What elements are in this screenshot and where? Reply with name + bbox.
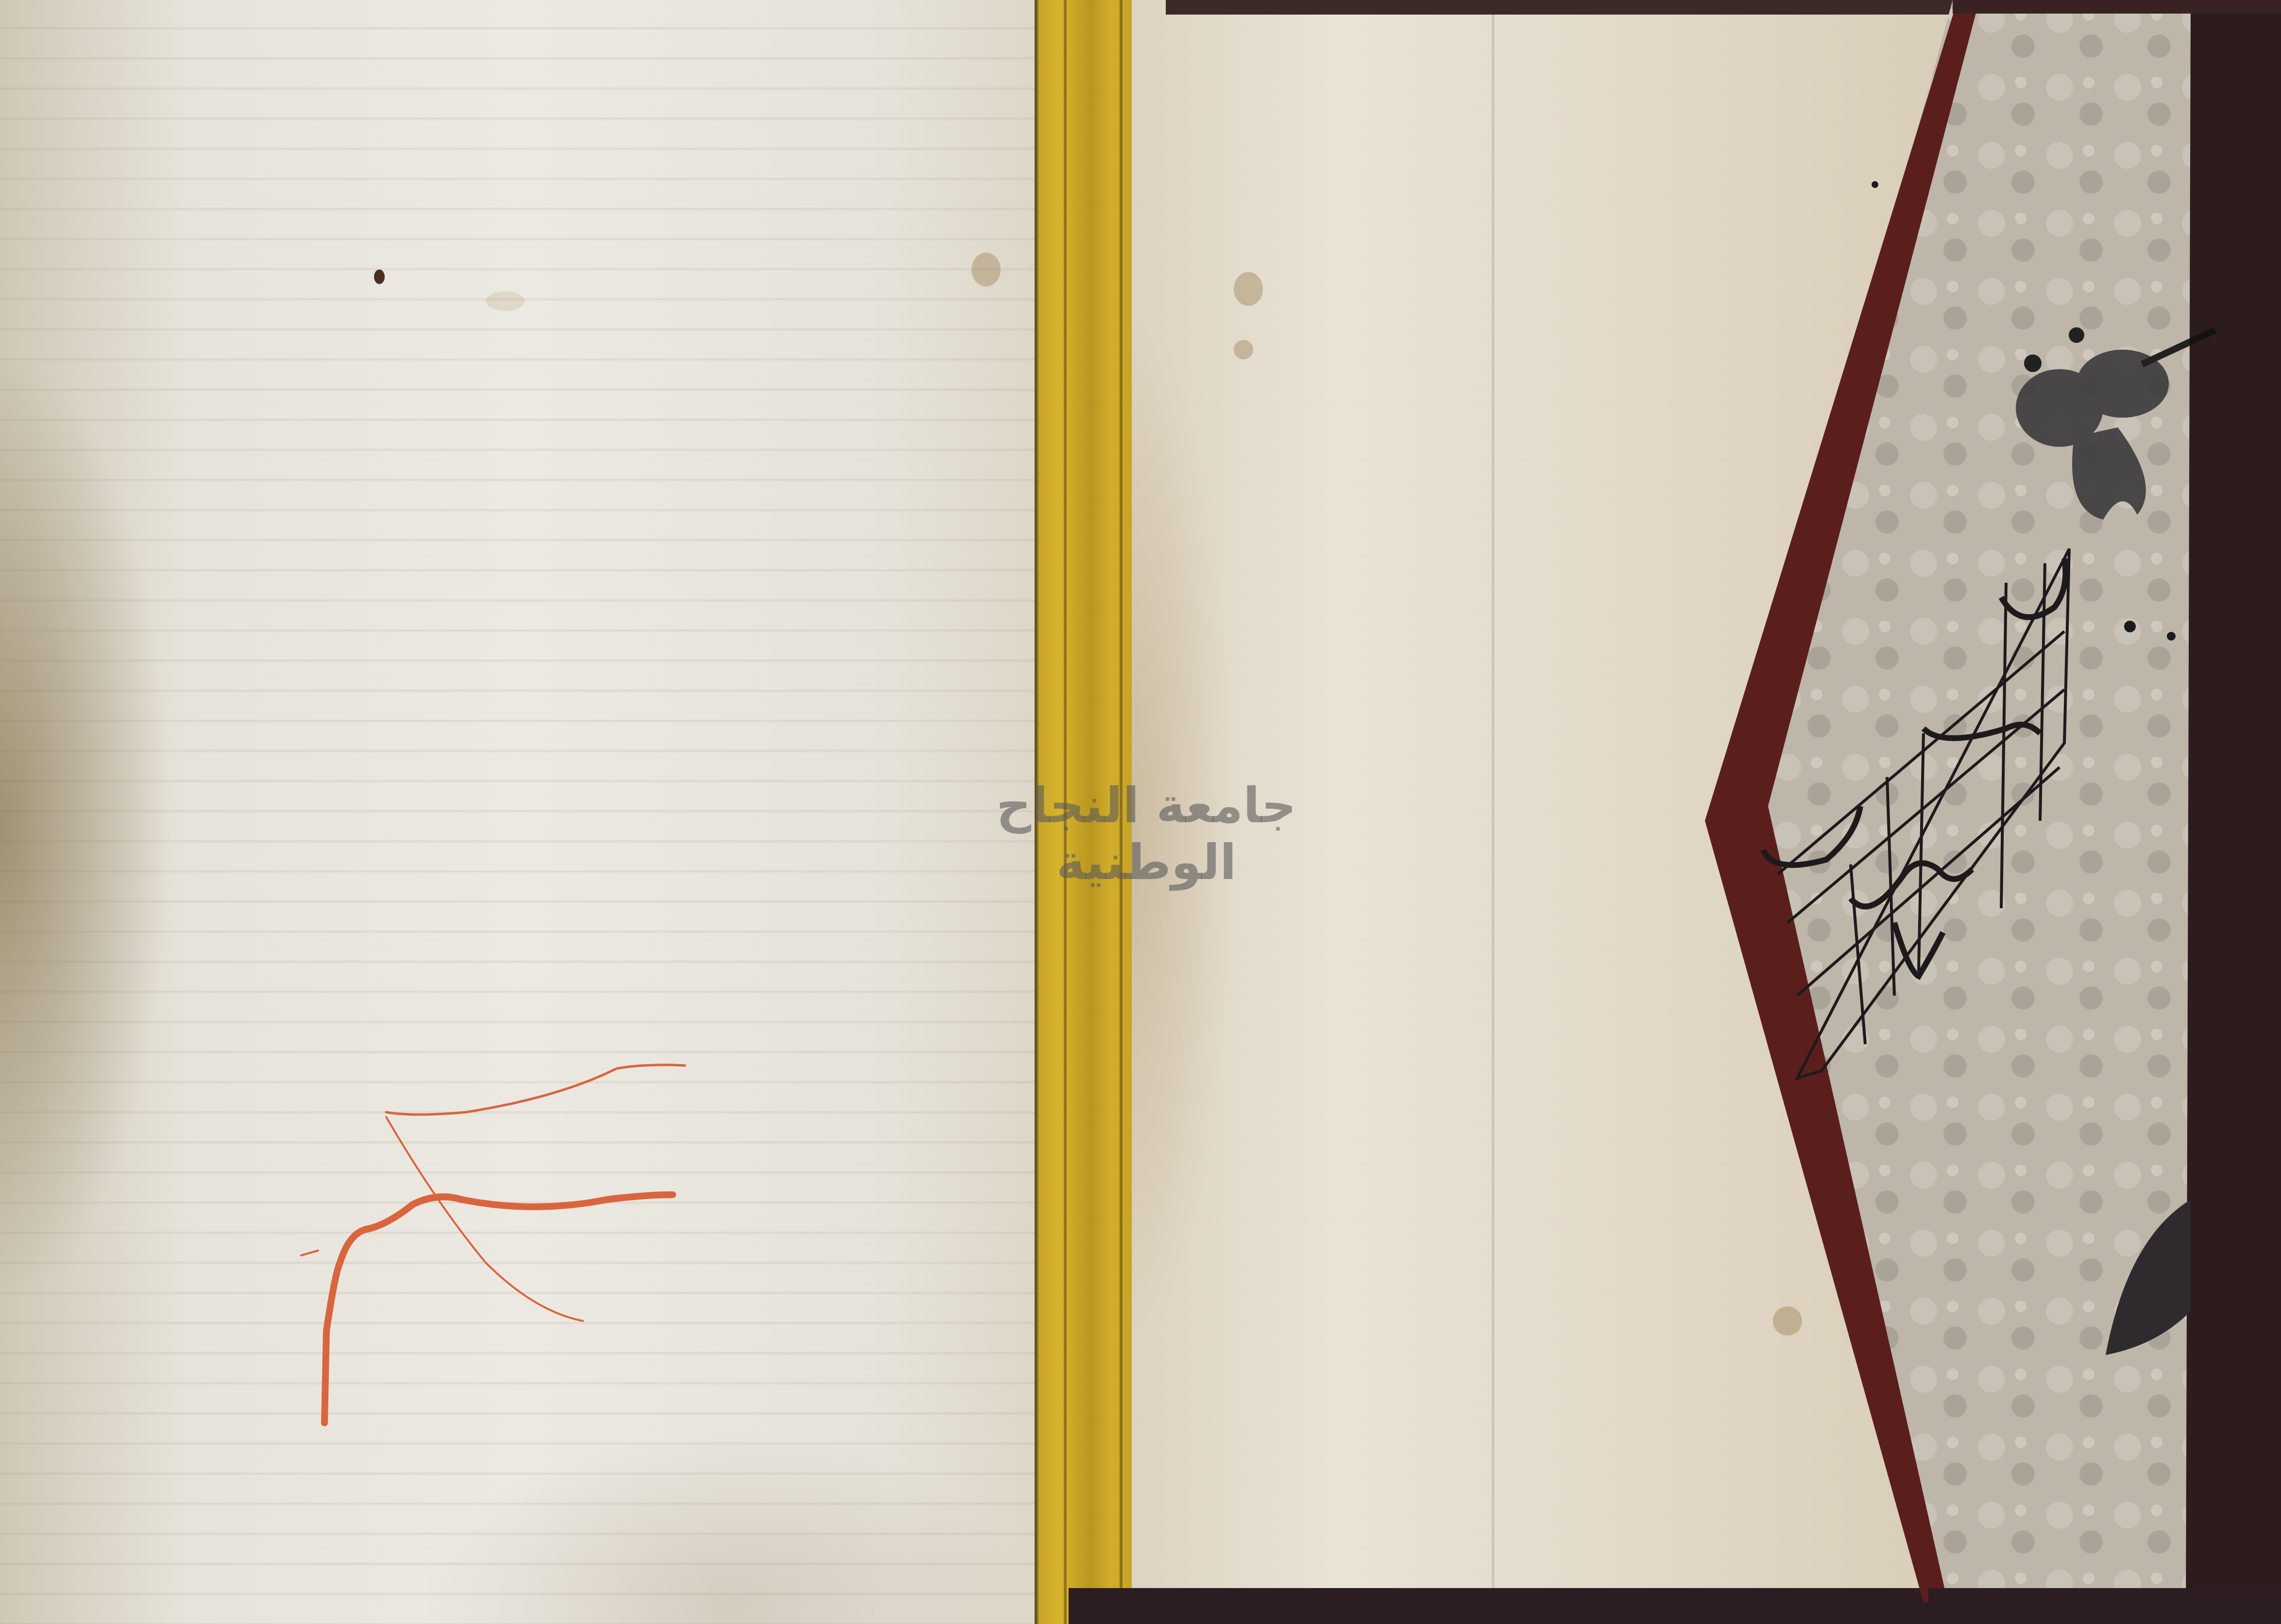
watermark-text: جامعة النجاح الوطنية xyxy=(991,777,1302,891)
manuscript-photo: جامعة النجاح الوطنية xyxy=(0,0,2281,1624)
